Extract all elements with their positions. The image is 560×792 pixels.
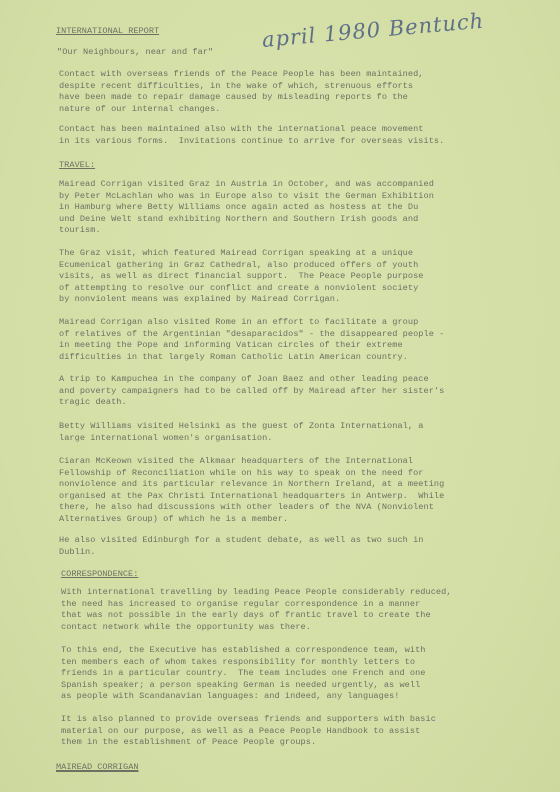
travel-paragraph-1: Mairead Corrigan visited Graz in Austria… bbox=[59, 179, 434, 237]
travel-paragraph-4: A trip to Kampuchea in the company of Jo… bbox=[59, 374, 444, 409]
correspondence-paragraph-3: It is also planned to provide overseas f… bbox=[61, 714, 436, 749]
report-title: INTERNATIONAL REPORT bbox=[56, 26, 159, 37]
correspondence-paragraph-1: With international travelling by leading… bbox=[61, 587, 452, 633]
travel-paragraph-2: The Graz visit, which featured Mairead C… bbox=[59, 248, 424, 306]
intro-paragraph-2: Contact has been maintained also with th… bbox=[59, 124, 444, 147]
intro-paragraph-1: Contact with overseas friends of the Pea… bbox=[59, 69, 424, 115]
travel-paragraph-5: Betty Williams visited Helsinki as the g… bbox=[59, 421, 424, 444]
correspondence-paragraph-2: To this end, the Executive has establish… bbox=[61, 645, 426, 703]
travel-paragraph-6: Ciaran McKeown visited the Alkmaar headq… bbox=[59, 456, 444, 526]
signature-name: MAIREAD CORRIGAN bbox=[56, 762, 139, 772]
travel-paragraph-7: He also visited Edinburgh for a student … bbox=[59, 535, 424, 558]
section-heading-travel: TRAVEL: bbox=[59, 160, 95, 171]
report-subtitle: "Our Neighbours, near and far" bbox=[57, 47, 213, 59]
section-heading-correspondence: CORRESPONDENCE: bbox=[61, 569, 138, 580]
document-page: INTERNATIONAL REPORT "Our Neighbours, ne… bbox=[0, 0, 560, 792]
handwritten-date-note: april 1980 Bentuch bbox=[261, 9, 485, 52]
travel-paragraph-3: Mairead Corrigan also visited Rome in an… bbox=[59, 317, 444, 363]
